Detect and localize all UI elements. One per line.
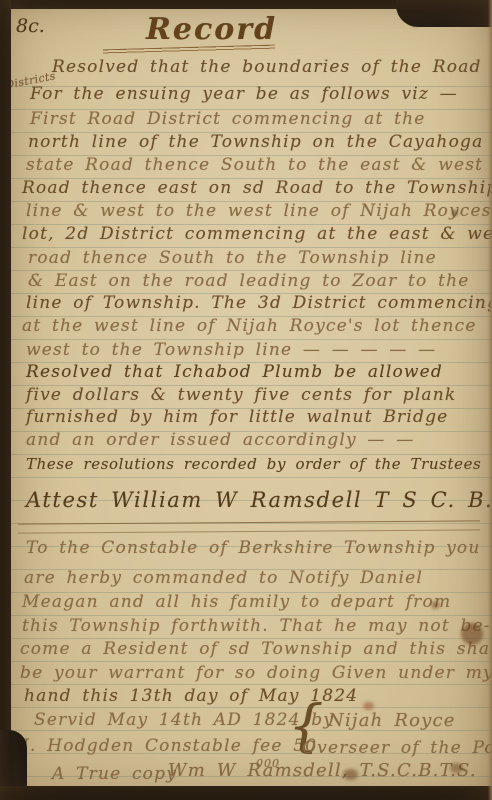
page-edge-right xyxy=(488,0,492,800)
manuscript-line: Resolved that the boundaries of the Road xyxy=(52,57,482,77)
manuscript-line: road thence South to the Township line xyxy=(28,248,437,268)
manuscript-line: and an order issued accordingly — — xyxy=(26,430,414,450)
signer-name: Nijah Royce xyxy=(328,710,456,731)
manuscript-line: are herby commanded to Notify Daniel xyxy=(24,568,423,588)
page-number: 8c. xyxy=(16,15,45,37)
manuscript-line: line & west to the west line of Nijah Ro… xyxy=(26,201,492,221)
title-underline-flourish xyxy=(103,45,275,55)
section-divider-rule xyxy=(18,520,480,533)
manuscript-line: lot, 2d District commencing at the east … xyxy=(22,224,492,244)
manuscript-line: north line of the Township on the Cayaho… xyxy=(28,132,483,152)
manuscript-line: furnished by him for little walnut Bridg… xyxy=(26,407,448,427)
page-title: Record xyxy=(146,12,277,47)
manuscript-line: To the Constable of Berkshire Township y… xyxy=(26,538,481,558)
clerk-signature: Wm W Ramsdell, T.S.C.B.T.S. xyxy=(168,760,477,781)
manuscript-line: state Road thence South to the east & we… xyxy=(26,155,483,175)
signer-title: Overseer of the Poor xyxy=(302,738,492,758)
true-copy-label: A True copy xyxy=(52,764,177,784)
manuscript-line: west to the Township line — — — — — xyxy=(26,340,436,360)
manuscript-line: this Township forthwith. That he may not… xyxy=(22,616,491,636)
ink-stain xyxy=(363,702,374,710)
manuscript-line: First Road District commencing at the xyxy=(30,109,426,129)
manuscript-line: Resolved that Ichabod Plumb be allowed xyxy=(26,362,443,382)
book-edge-bottom xyxy=(0,786,492,800)
manuscript-line: & East on the road leading to Zoar to th… xyxy=(28,271,470,291)
manuscript-line: at the west line of Nijah Royce's lot th… xyxy=(22,316,477,336)
manuscript-line: These resolutions recorded by order of t… xyxy=(26,455,481,473)
manuscript-line: come a Resident of sd Township and this … xyxy=(20,639,492,659)
manuscript-line: five dollars & twenty five cents for pla… xyxy=(26,385,456,405)
constable-fee-line: H. Hodgden Constable fee 50 xyxy=(14,736,317,756)
manuscript-page: 8c. Record Districts Resolved that the b… xyxy=(0,0,492,800)
manuscript-line: line of Township. The 3d District commen… xyxy=(26,293,492,313)
book-binding-edge xyxy=(0,0,11,800)
manuscript-line: Road thence east on sd Road to the Towns… xyxy=(22,178,492,198)
attestation-signature: Attest William W Ramsdell T S C. B. T S. xyxy=(26,488,492,512)
manuscript-line: For the ensuing year be as follows viz — xyxy=(30,84,458,104)
manuscript-line: Meagan and all his family to depart from xyxy=(22,592,451,612)
book-edge-top-right xyxy=(396,0,492,27)
manuscript-line: be your warrant for so doing Given under… xyxy=(20,663,492,683)
